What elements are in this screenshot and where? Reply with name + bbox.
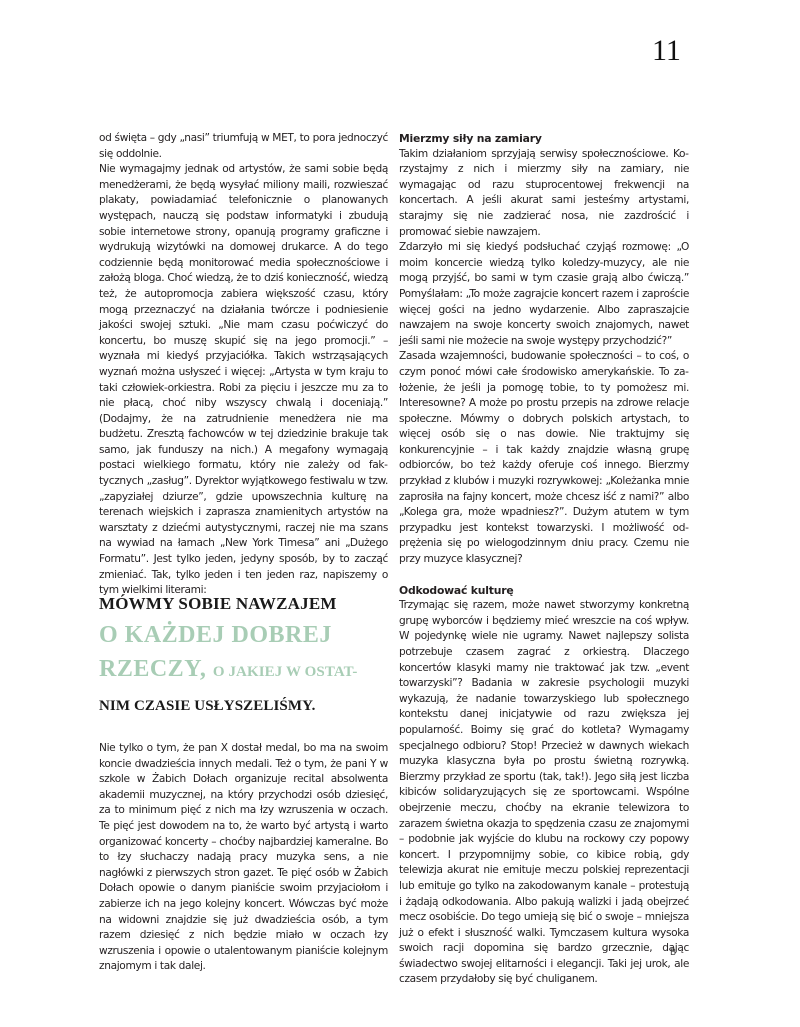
pull-quote-accent-word: RZECZY, <box>99 656 206 682</box>
end-mark: B <box>670 948 676 958</box>
right-column: Mierzmy siły na zamiary Takim działaniom… <box>399 131 689 988</box>
section-heading: Mierzmy siły na zamiary <box>399 131 689 147</box>
page-number: 11 <box>652 34 681 68</box>
left-column-bottom: Nie tylko o tym, że pan X dostał medal, … <box>99 741 388 975</box>
pull-quote-accent-line: O KAŻDEJ DOBREJ <box>99 618 399 652</box>
pull-quote-line: MÓWMY SOBIE NAWZAJEM <box>99 590 399 618</box>
body-paragraph: Nie tylko o tym, że pan X dostał medal, … <box>99 741 388 975</box>
left-column: od święta – gdy „nasi” triumfują w MET, … <box>99 131 388 599</box>
pull-quote-line: O JAKIEJ W OSTAT- <box>213 664 358 680</box>
body-paragraph: Trzymając się razem, może nawet stworzym… <box>399 598 689 988</box>
body-paragraph: Nie wymagajmy jednak od artystów, że sam… <box>99 162 388 599</box>
section-spacer <box>399 568 689 583</box>
pull-quote-line: NIM CZASIE USŁYSZELIŚMY. <box>99 689 399 723</box>
body-paragraph: Zdarzyło mi się kiedyś podsłuchać czyjąś… <box>399 240 689 349</box>
section-heading: Odkodować kulturę <box>399 583 689 599</box>
body-paragraph: Zasada wzajemności, budowanie społecznoś… <box>399 349 689 567</box>
body-paragraph: od święta – gdy „nasi” triumfują w MET, … <box>99 131 388 162</box>
pull-quote-accent-line: RZECZY, O JAKIEJ W OSTAT- <box>99 652 399 689</box>
pull-quote: MÓWMY SOBIE NAWZAJEM O KAŻDEJ DOBREJ RZE… <box>99 590 399 723</box>
body-paragraph: Takim działaniom sprzyjają serwisy społe… <box>399 147 689 241</box>
